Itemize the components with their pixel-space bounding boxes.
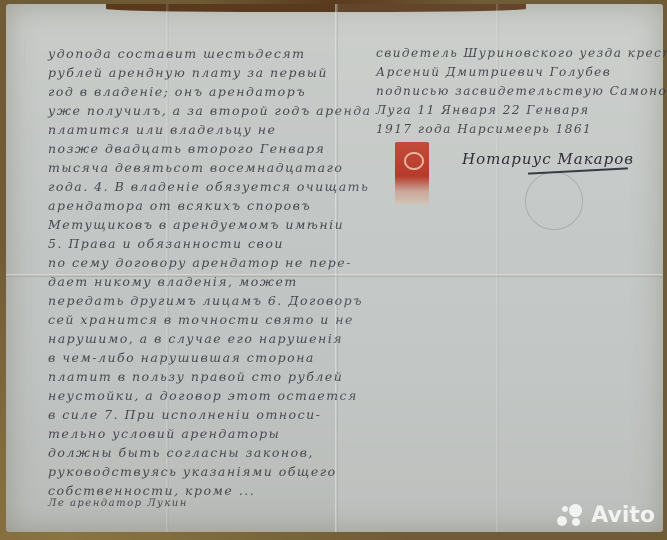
stamp-emblem-icon bbox=[404, 152, 424, 170]
handwritten-line: Ле арендатор Лукин bbox=[48, 498, 188, 509]
document-sheet: удопода составит шестьдесят рублей аренд… bbox=[6, 4, 663, 532]
notary-signature: Нотариус Макаров bbox=[462, 150, 634, 168]
handwritten-line: руководствуясь указанiями общего bbox=[48, 464, 337, 479]
handwritten-line: нарушимо, а в случае его нарушенiя bbox=[48, 331, 343, 346]
faded-seal bbox=[525, 172, 583, 230]
left-page: удопода составит шестьдесят рублей аренд… bbox=[6, 4, 334, 532]
handwritten-line: дает никому владенiя, может bbox=[48, 274, 298, 289]
avito-watermark: Avito bbox=[557, 503, 655, 528]
handwritten-line: по сему договору арендатор не пере- bbox=[48, 255, 352, 270]
handwritten-line: рублей арендную плату за первый bbox=[48, 65, 328, 80]
handwritten-line: сей хранится в точности свято и не bbox=[48, 312, 354, 327]
handwritten-line: свидетель Шуриновского уезда крестьянин bbox=[376, 46, 667, 60]
handwritten-line: уже получилъ, а за второй годъ аренда bbox=[48, 103, 372, 118]
handwritten-line: Луга 11 Января 22 Генваря bbox=[376, 103, 590, 117]
avito-logo-icon bbox=[557, 504, 585, 528]
handwritten-line: Метущиковъ в арендуемомъ имѣнiи bbox=[48, 217, 344, 232]
handwritten-line: позже двадцать второго Генваря bbox=[48, 141, 325, 156]
handwritten-line: неустойки, а договор этот остается bbox=[48, 388, 358, 403]
avito-wordmark: Avito bbox=[591, 503, 655, 528]
right-page: свидетель Шуриновского уезда крестьянин … bbox=[336, 4, 663, 532]
handwritten-line: подписью засвидетельствую Самонойлов bbox=[376, 84, 667, 98]
handwritten-line: платит в пользу правой сто рублей bbox=[48, 369, 343, 384]
handwritten-line: в силе 7. При исполненiи относи- bbox=[48, 407, 321, 422]
handwritten-line: год в владенiе; онъ арендаторъ bbox=[48, 84, 306, 99]
handwritten-line: должны быть согласны законов, bbox=[48, 445, 314, 460]
handwritten-line: Арсений Дмитриевич Голубев bbox=[376, 65, 611, 79]
handwritten-line: тысяча девятьсот восемнадцатаго bbox=[48, 160, 343, 175]
handwritten-line: арендатора от всякихъ споровъ bbox=[48, 198, 311, 213]
handwritten-line: удопода составит шестьдесят bbox=[48, 46, 305, 61]
handwritten-line: 1917 года Нарсимеерь 1861 bbox=[376, 122, 592, 136]
handwritten-line: передать другимъ лицамъ 6. Договоръ bbox=[48, 293, 363, 308]
handwritten-line: собственности, кроме ... bbox=[48, 483, 255, 498]
handwritten-line: платится или владельцу не bbox=[48, 122, 276, 137]
handwritten-line: 5. Права и обязанности свои bbox=[48, 236, 284, 251]
handwritten-line: в чем-либо нарушившая сторона bbox=[48, 350, 315, 365]
handwritten-line: года. 4. В владенiе обязуется очищать bbox=[48, 179, 369, 194]
revenue-stamp bbox=[395, 142, 429, 204]
handwritten-line: тельно условий арендаторы bbox=[48, 426, 280, 441]
